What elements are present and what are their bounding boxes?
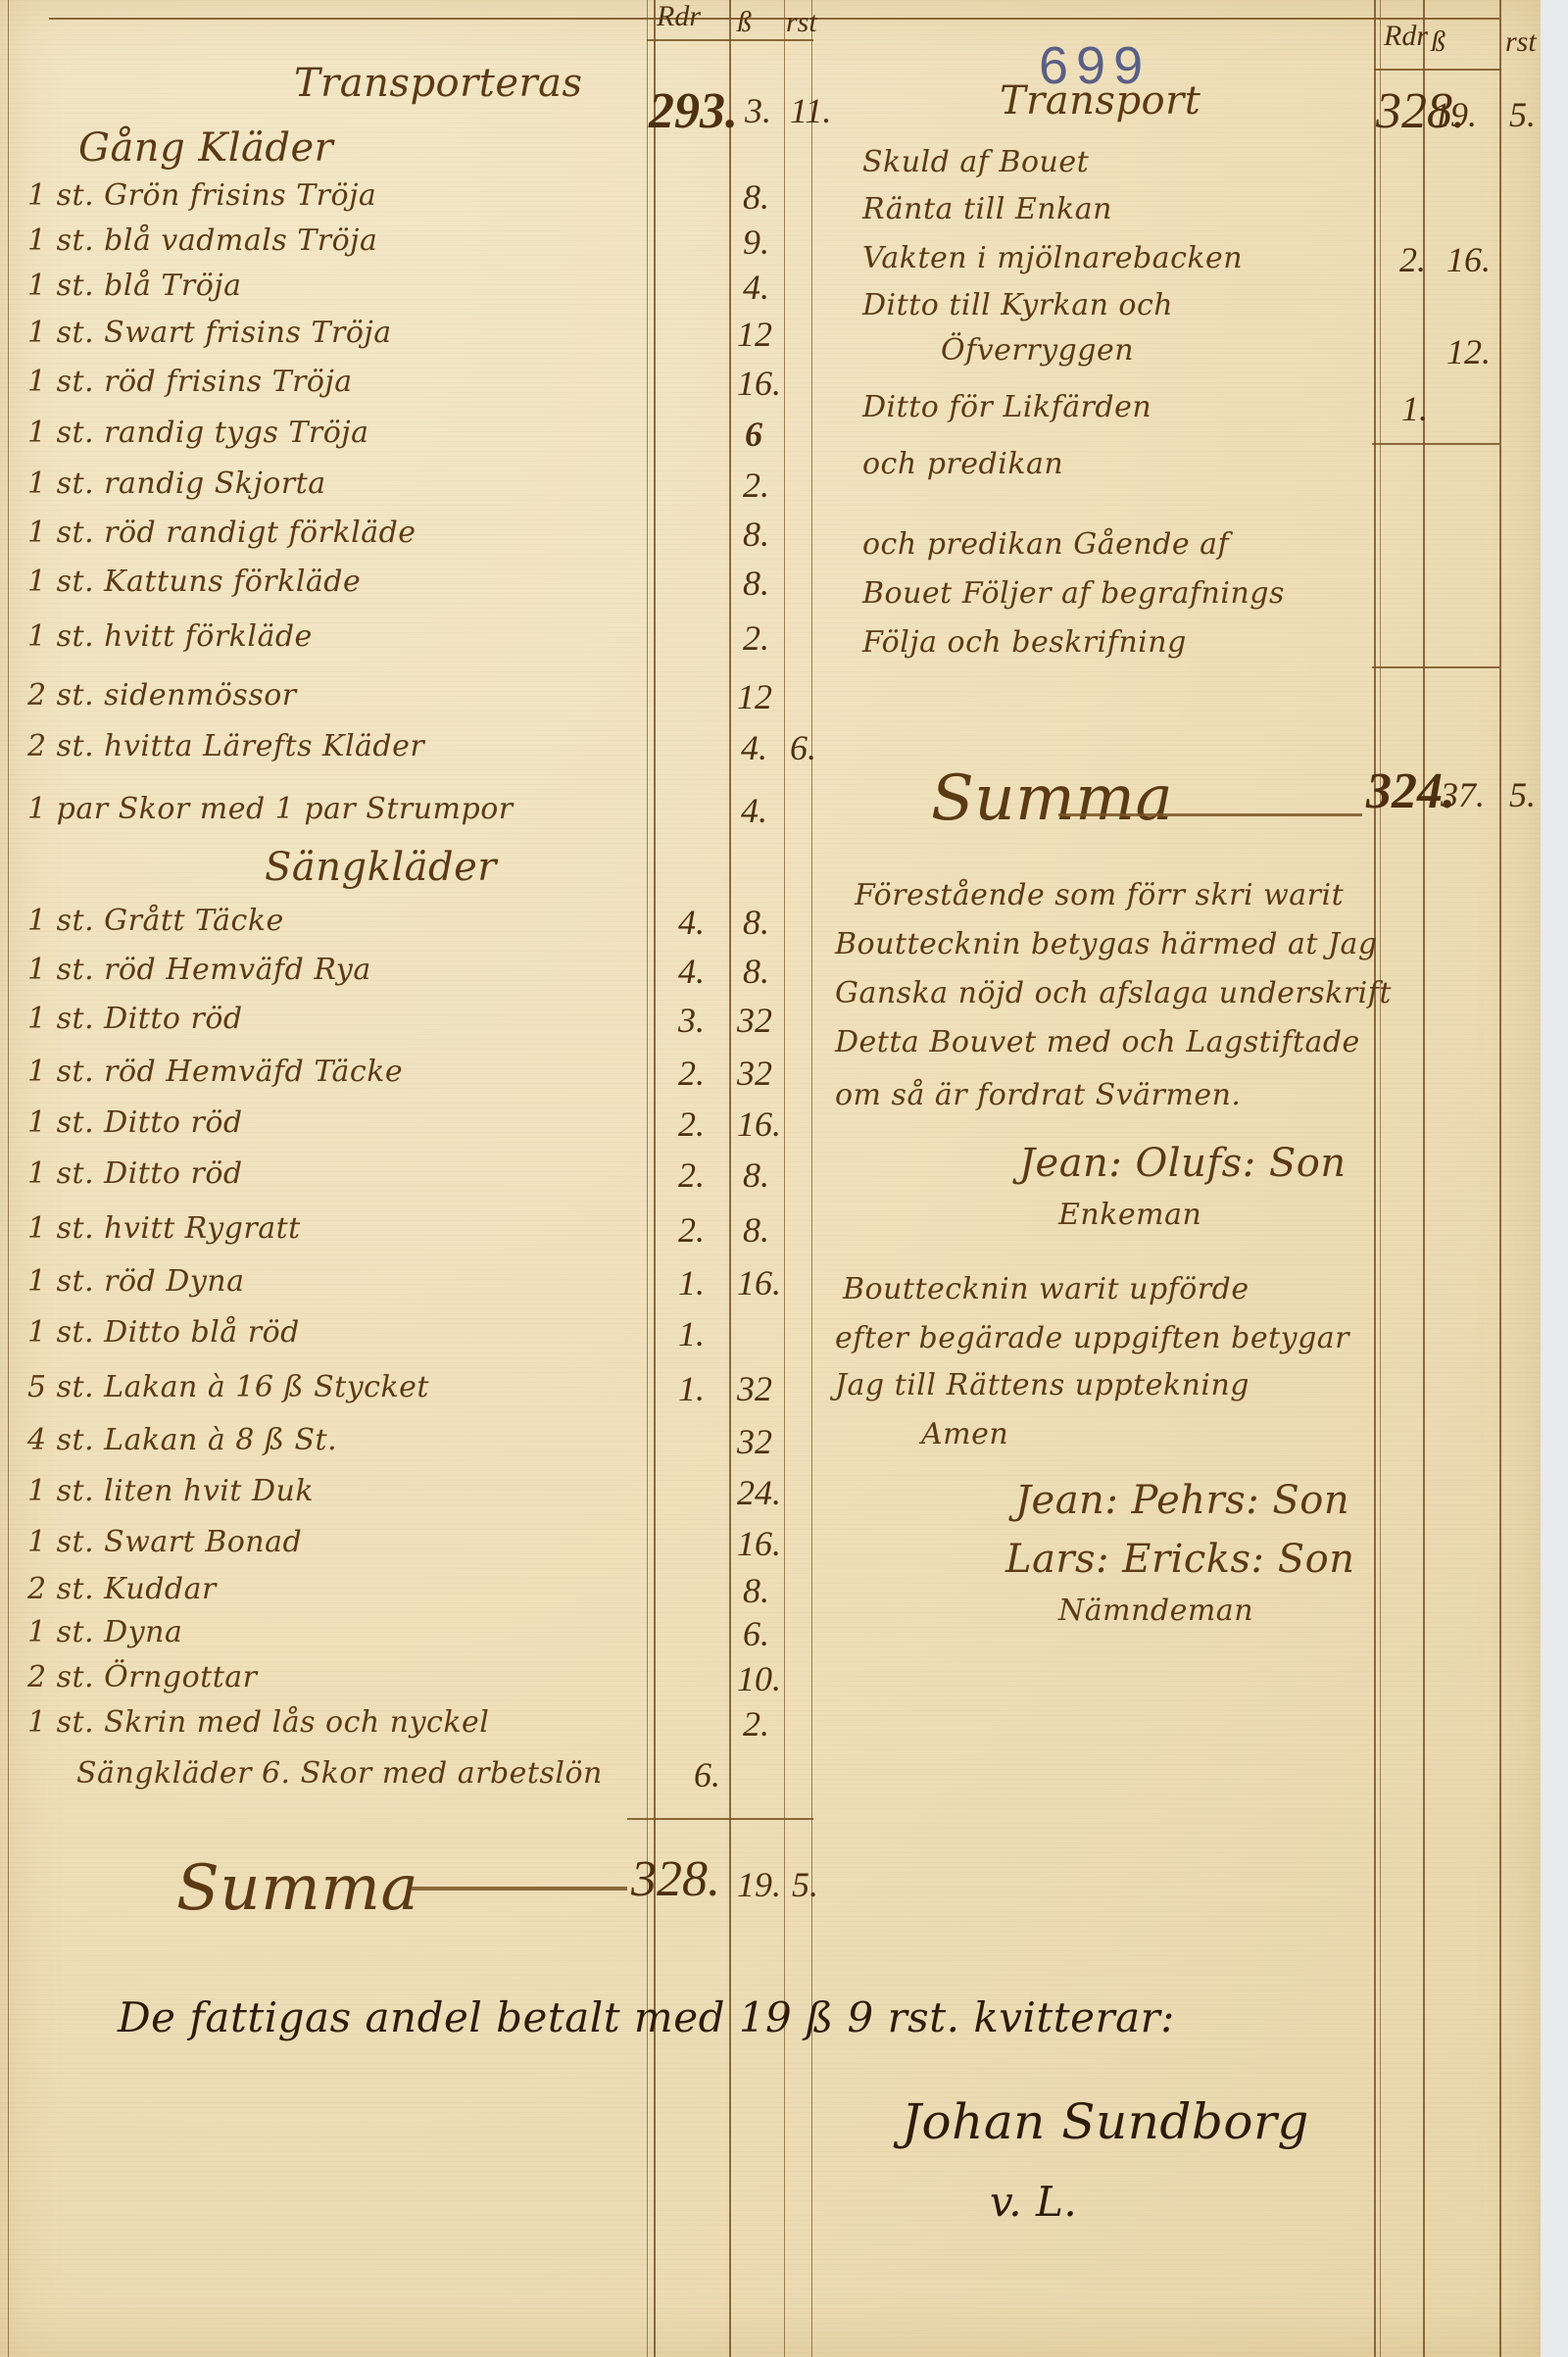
right-header-underline xyxy=(1374,69,1501,71)
item-rdr: 4. xyxy=(678,951,705,992)
left-summa-label: Summa xyxy=(176,1852,418,1925)
item-rdr: 2. xyxy=(678,1053,705,1094)
declaration-line: Bouttecknin warit upförde xyxy=(843,1272,1249,1306)
item-rdr: 3. xyxy=(678,1000,705,1041)
inventory-item: 1 st. liten hvit Duk xyxy=(27,1474,314,1508)
left-margin-rule xyxy=(8,0,9,2357)
item-skilling: 8. xyxy=(743,1154,769,1196)
right-rst-column-rule xyxy=(1499,0,1501,2357)
signature-lars-ericksson: Lars: Ericks: Son xyxy=(1005,1537,1354,1582)
inventory-item: 1 st. röd randigt förkläde xyxy=(27,516,416,550)
section-heading-sangklader: Sängkläder xyxy=(265,845,497,890)
ledger-entry: Ditto till Kyrkan och xyxy=(862,288,1173,322)
item-rdr: 2. xyxy=(678,1209,705,1251)
inventory-item: 2 st. Kuddar xyxy=(27,1572,217,1606)
left-transport-skilling: 3. xyxy=(745,90,771,131)
left-summa-rule xyxy=(627,1818,813,1820)
right-subtotal-rule xyxy=(1372,443,1499,445)
inventory-item: 1 st. röd Dyna xyxy=(27,1264,245,1299)
signatory-title-namndeman: Nämndeman xyxy=(1058,1594,1253,1628)
inventory-item: 1 st. Ditto röd xyxy=(27,1105,243,1140)
declaration-line: Jag till Rättens upptekning xyxy=(835,1368,1249,1402)
right-summa-label: Summa xyxy=(931,762,1173,835)
inventory-item: 1 st. Ditto blå röd xyxy=(27,1315,300,1350)
item-skilling: 8. xyxy=(743,176,769,218)
item-skilling: 2. xyxy=(743,1703,769,1744)
item-skilling: 32 xyxy=(737,1053,772,1094)
left-summa-rdr: 328. xyxy=(631,1850,720,1908)
receipt-signature-suffix: v. L. xyxy=(990,2178,1077,2226)
item-rdr: 2. xyxy=(678,1104,705,1145)
entry-rdr: 2. xyxy=(1399,239,1426,280)
entry-skilling: 16. xyxy=(1446,239,1491,280)
signature-jean-olufsson: Jean: Olufs: Son xyxy=(1019,1141,1347,1186)
item-skilling: 16. xyxy=(737,363,781,404)
ledger-entry: Skuld af Bouet xyxy=(862,145,1089,179)
section-heading-gang-klader: Gång Kläder xyxy=(78,125,333,171)
item-skilling: 8. xyxy=(743,902,769,943)
inventory-item: 1 st. röd Hemväfd Rya xyxy=(27,953,371,987)
right-summa-rst: 5. xyxy=(1509,774,1536,815)
ledger-entry: Vakten i mjölnarebacken xyxy=(862,241,1243,275)
left-transport-rdr: 293. xyxy=(649,82,738,140)
item-skilling: 2. xyxy=(743,617,769,659)
document-page: 699 Rdr ß rst Rdr ß rst Transporteras 29… xyxy=(0,0,1541,2357)
inventory-item: 1 st. röd Hemväfd Täcke xyxy=(27,1055,403,1089)
item-skilling: 9. xyxy=(743,221,769,263)
right-header-rdr: Rdr xyxy=(1384,20,1428,53)
ledger-entry: Bouet Följer af begrafnings xyxy=(862,576,1285,611)
item-skilling: 4. xyxy=(743,267,769,308)
item-skilling: 8. xyxy=(743,563,769,604)
left-header-rdr: Rdr xyxy=(657,0,701,33)
right-rdr-column-rule xyxy=(1374,0,1376,2357)
inventory-item: 1 st. Swart frisins Tröja xyxy=(27,316,392,350)
item-rdr: 1. xyxy=(678,1262,705,1303)
item-rdr: 2. xyxy=(678,1154,705,1196)
item-skilling: 2. xyxy=(743,465,769,506)
signatory-title-enkeman: Enkeman xyxy=(1058,1198,1201,1232)
left-transport-rst: 11. xyxy=(790,90,831,131)
item-skilling: 12 xyxy=(737,314,772,355)
inventory-item: 1 st. Dyna xyxy=(27,1615,182,1649)
right-transport-skilling: 19. xyxy=(1433,94,1477,135)
inventory-item: 1 st. Grön frisins Tröja xyxy=(27,178,376,213)
item-skilling: 32 xyxy=(737,1000,772,1041)
declaration-line: om så är fordrat Svärmen. xyxy=(835,1078,1241,1112)
ledger-entry: och predikan xyxy=(862,447,1063,481)
item-skilling: 10. xyxy=(737,1658,781,1699)
inventory-item: 2 st. sidenmössor xyxy=(27,678,297,712)
left-summa-leader xyxy=(412,1887,627,1891)
entry-skilling: 12. xyxy=(1446,331,1491,372)
declaration-line: Förestående som förr skri warit xyxy=(855,878,1344,912)
right-summa-skilling: 37. xyxy=(1441,774,1485,815)
poor-relief-receipt: De fattigas andel betalt med 19 ß 9 rst.… xyxy=(118,1993,1175,2041)
top-rule xyxy=(49,18,1499,20)
item-skilling: 8. xyxy=(743,1209,769,1251)
inventory-item: 2 st. Örngottar xyxy=(27,1660,258,1694)
item-skilling: 8. xyxy=(743,1570,769,1611)
left-summa-rst: 5. xyxy=(792,1864,818,1905)
inventory-item: 1 st. randig Skjorta xyxy=(27,466,326,501)
inventory-item: 1 st. blå Tröja xyxy=(27,269,241,303)
declaration-line: Detta Bouvet med och Lagstiftade xyxy=(835,1025,1360,1059)
item-skilling: 16. xyxy=(737,1262,781,1303)
ledger-entry: Ränta till Enkan xyxy=(862,192,1112,226)
receipt-signature: Johan Sundborg xyxy=(902,2093,1309,2150)
declaration-line: Ganska nöjd och afslaga underskrift xyxy=(835,976,1392,1010)
left-summa-skilling: 19. xyxy=(737,1864,781,1905)
inventory-item: 1 st. Ditto röd xyxy=(27,1002,243,1036)
item-skilling: 8. xyxy=(743,951,769,992)
ledger-entry: Följa och beskrifning xyxy=(862,625,1187,660)
item-rdr: 6. xyxy=(694,1754,720,1795)
declaration-line: efter begärade uppgiften betygar xyxy=(835,1321,1349,1355)
declaration-line: Amen xyxy=(921,1417,1008,1451)
ledger-entry: Ditto för Likfärden xyxy=(862,390,1151,424)
right-summa-leader xyxy=(1058,813,1362,816)
inventory-item: 1 st. röd frisins Tröja xyxy=(27,365,353,399)
inventory-item: 1 st. Grått Täcke xyxy=(27,904,284,938)
item-skilling: 6. xyxy=(743,1613,769,1654)
item-skilling: 32 xyxy=(737,1421,772,1462)
item-skilling: 32 xyxy=(737,1368,772,1409)
right-header-skilling: ß xyxy=(1431,25,1445,59)
right-transport-rst: 5. xyxy=(1509,94,1536,135)
ledger-entry: och predikan Gående af xyxy=(862,527,1229,562)
signature-jean-pehrsson: Jean: Pehrs: Son xyxy=(1015,1478,1349,1523)
inventory-item: 1 par Skor med 1 par Strumpor xyxy=(27,792,514,826)
inventory-item: 1 st. Ditto röd xyxy=(27,1156,243,1191)
item-skilling: 24. xyxy=(737,1472,781,1513)
inventory-item: Sängkläder 6. Skor med arbetslön xyxy=(76,1756,603,1791)
inventory-item: 1 st. Swart Bonad xyxy=(27,1525,302,1559)
inventory-item: 1 st. randig tygs Tröja xyxy=(27,416,368,450)
left-header-rst: rst xyxy=(786,6,817,39)
item-rdr: 1. xyxy=(678,1313,705,1354)
inventory-item: 2 st. hvitta Lärefts Kläder xyxy=(27,729,424,763)
inventory-item: 5 st. Lakan à 16 ß Stycket xyxy=(27,1370,429,1404)
inventory-item: 1 st. Skrin med lås och nyckel xyxy=(27,1705,489,1740)
item-rdr: 1. xyxy=(678,1368,705,1409)
inventory-item: 4 st. Lakan à 8 ß St. xyxy=(27,1423,337,1457)
item-skilling: 4. xyxy=(741,727,767,768)
item-skilling: 4. xyxy=(741,790,767,831)
left-header-skilling: ß xyxy=(737,6,752,39)
left-transport-label: Transporteras xyxy=(294,61,583,106)
entry-rdr: 1. xyxy=(1401,388,1428,429)
right-header-rst: rst xyxy=(1505,25,1537,59)
inventory-item: 1 st. hvitt Rygratt xyxy=(27,1211,301,1246)
item-skilling: 8. xyxy=(743,514,769,555)
ledger-entry: Öfverryggen xyxy=(941,333,1134,368)
inventory-item: 1 st. Kattuns förkläde xyxy=(27,565,361,599)
right-summa-rule xyxy=(1372,666,1499,668)
item-skilling: 16. xyxy=(737,1104,781,1145)
declaration-line: Bouttecknin betygas härmed at Jag xyxy=(835,927,1378,961)
right-rdr-column-rule-double xyxy=(1380,0,1381,2357)
right-skilling-column-rule xyxy=(1423,0,1425,2357)
inventory-item: 1 st. blå vadmals Tröja xyxy=(27,223,377,258)
inventory-item: 1 st. hvitt förkläde xyxy=(27,619,313,654)
item-skilling: 16. xyxy=(737,1523,781,1564)
right-transport-label: Transport xyxy=(1000,78,1200,123)
item-rdr: 4. xyxy=(678,902,705,943)
left-header-underline xyxy=(647,39,813,41)
item-skilling: 6 xyxy=(745,414,762,455)
item-skilling: 12 xyxy=(737,676,772,717)
item-rst: 6. xyxy=(790,727,816,768)
